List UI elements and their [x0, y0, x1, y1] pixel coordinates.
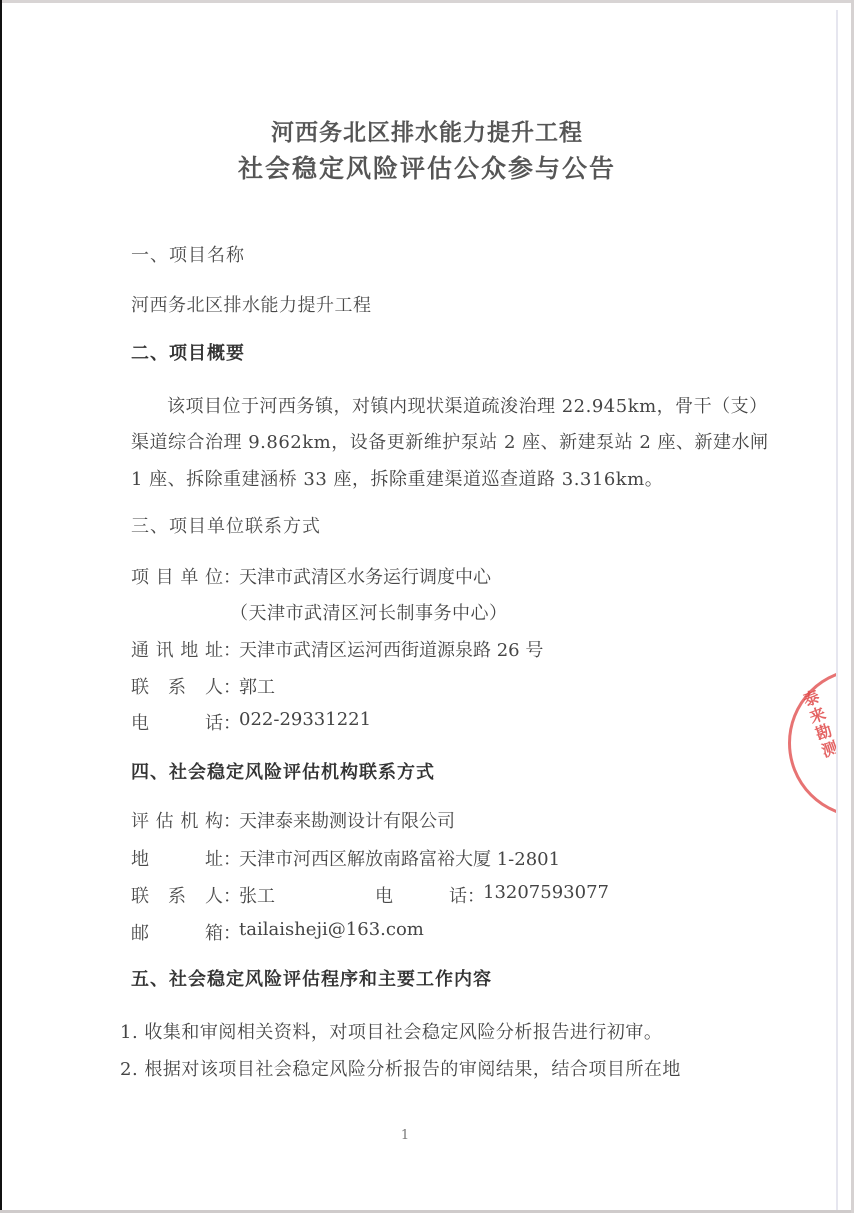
eval-address-row: 地 址 ： 天津市河西区解放南路富裕大厦 1-2801 — [131, 845, 560, 871]
page-number: 1 — [400, 1128, 410, 1143]
colon: ： — [223, 636, 239, 662]
procedure-item-2: 2. 根据对该项目社会稳定风险分析报告的审阅结果，结合项目所在地 — [120, 1055, 681, 1081]
colon: ： — [223, 807, 239, 833]
colon: ： — [223, 919, 239, 945]
colon: ： — [223, 709, 239, 735]
colon: ： — [223, 882, 239, 908]
eval-phone-label: 电 话 — [375, 882, 467, 908]
section-1-heading: 一、项目名称 — [131, 241, 245, 267]
procedure-item-1: 1. 收集和审阅相关资料，对项目社会稳定风险分析报告进行初审。 — [120, 1018, 662, 1044]
eval-contact-label: 联 系 人 — [131, 882, 223, 908]
eval-contact-row: 联 系 人 ： 张工 电 话 ： 13207593077 — [131, 882, 609, 908]
official-seal-stamp — [788, 668, 836, 818]
project-unit-row: 项目单位 ： 天津市武清区水务运行调度中心 — [131, 563, 491, 589]
summary-line-2: 渠道综合治理 9.862km，设备更新维护泵站 2 座、新建泵站 2 座、新建水… — [131, 428, 769, 454]
project-address-value: 天津市武清区运河西街道源泉路 26 号 — [239, 636, 543, 662]
project-phone-label: 电 话 — [131, 709, 223, 735]
colon: ： — [223, 673, 239, 699]
eval-email-value: tailaisheji@163.com — [239, 919, 424, 945]
project-name: 河西务北区排水能力提升工程 — [131, 291, 372, 317]
official-seal-text: 泰来勘测 — [781, 687, 836, 813]
colon: ： — [223, 563, 239, 589]
colon: ： — [223, 845, 239, 871]
eval-address-label: 地 址 — [131, 845, 223, 871]
section-5-heading: 五、社会稳定风险评估程序和主要工作内容 — [131, 965, 492, 991]
document-title-line1: 河西务北区排水能力提升工程 — [0, 114, 854, 147]
eval-email-label: 邮 箱 — [131, 919, 223, 945]
eval-address-value: 天津市河西区解放南路富裕大厦 1-2801 — [239, 845, 560, 871]
project-contact-label: 联 系 人 — [131, 673, 223, 699]
eval-phone-value: 13207593077 — [483, 882, 609, 908]
eval-org-row: 评估机构 ： 天津泰来勘测设计有限公司 — [131, 807, 455, 833]
eval-org-value: 天津泰来勘测设计有限公司 — [239, 807, 455, 833]
project-contact-value: 郭工 — [239, 673, 275, 699]
project-address-label: 通讯地址 — [131, 636, 223, 662]
project-phone-value: 022-29331221 — [239, 709, 371, 735]
project-phone-row: 电 话 ： 022-29331221 — [131, 709, 371, 735]
eval-email-row: 邮 箱 ： tailaisheji@163.com — [131, 919, 424, 945]
summary-line-3: 1 座、拆除重建涵桥 33 座，拆除重建渠道巡查道路 3.316km。 — [131, 465, 663, 491]
section-2-heading: 二、项目概要 — [131, 339, 245, 365]
page-border-top — [0, 0, 854, 3]
project-contact-row: 联 系 人 ： 郭工 — [131, 673, 275, 699]
summary-line-1: 该项目位于河西务镇，对镇内现状渠道疏浚治理 22.945km，骨干（支） — [167, 392, 768, 418]
eval-contact-value: 张工 — [239, 882, 375, 908]
section-4-heading: 四、社会稳定风险评估机构联系方式 — [131, 758, 435, 784]
project-unit-value: 天津市武清区水务运行调度中心 — [239, 563, 491, 589]
eval-org-label: 评估机构 — [131, 807, 223, 833]
colon: ： — [467, 882, 483, 908]
document-title-line2: 社会稳定风险评估公众参与公告 — [0, 149, 854, 185]
document-page: 河西务北区排水能力提升工程 社会稳定风险评估公众参与公告 一、项目名称 河西务北… — [0, 0, 854, 1213]
project-unit-label: 项目单位 — [131, 563, 223, 589]
project-address-row: 通讯地址 ： 天津市武清区运河西街道源泉路 26 号 — [131, 636, 543, 662]
scan-edge-line — [836, 10, 838, 1210]
project-unit-alt: （天津市武清区河长制事务中心） — [230, 599, 508, 625]
section-3-heading: 三、项目单位联系方式 — [131, 512, 321, 538]
